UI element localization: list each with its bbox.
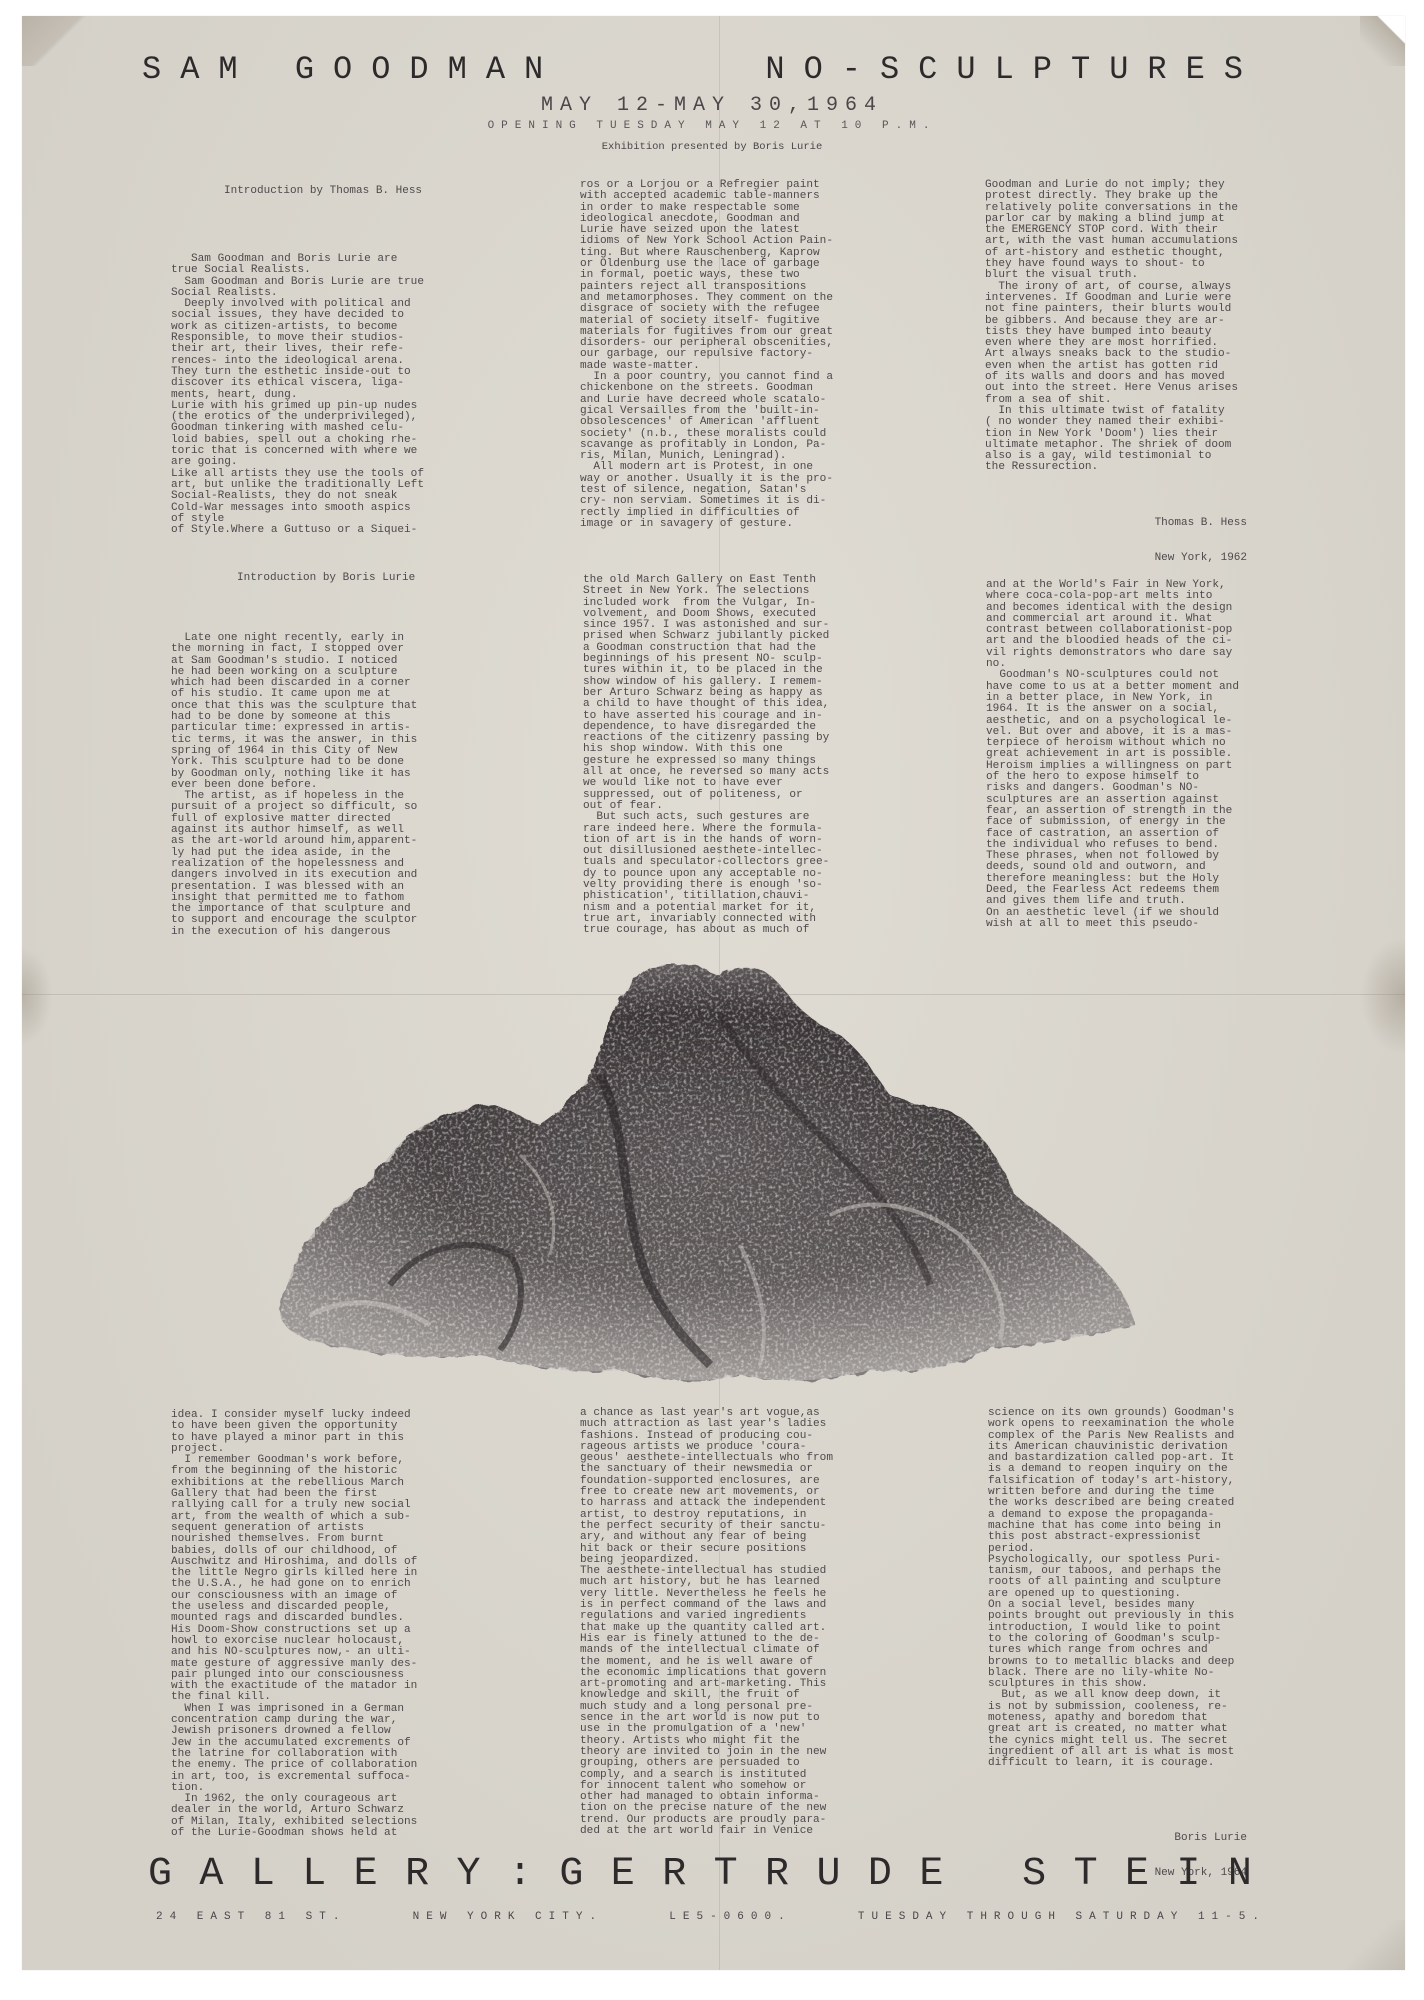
text-line: true Social Realists. — [171, 265, 424, 276]
display-letter: D — [860, 1855, 900, 1895]
display-letter: R — [654, 1855, 694, 1895]
exhibition-dates: MAY 12-MAY 30,1964 — [0, 94, 1424, 117]
text-line: much attraction as last year's ladies — [580, 1419, 833, 1430]
opening-info: OPENING TUESDAY MAY 12 AT 10 P.M. — [0, 120, 1424, 132]
text-line: out into the street. Here Venus arises — [985, 383, 1238, 394]
text-line: use in the promulgation of a 'new' — [580, 1724, 833, 1735]
display-letter: E — [346, 1855, 386, 1895]
hess-intro-column-1: Sam Goodman and Boris Lurie aretrue Soci… — [171, 254, 424, 536]
text-line: discover its ethical viscera, liga- — [171, 378, 424, 389]
lurie-intro-column-6: science on its own grounds) Goodman'swor… — [988, 1408, 1234, 1770]
lurie-signature-name: Boris Lurie — [1060, 1833, 1247, 1845]
text-line: ded at the art world fair in Venice — [580, 1826, 833, 1837]
hess-intro-column-2: ros or a Lorjou or a Refregier paintwith… — [580, 180, 833, 530]
text-line: York. This sculpture had to be done — [171, 757, 417, 768]
text-line: dealer in the world, Arturo Schwarz — [171, 1805, 417, 1816]
text-line: the morning in fact, I stopped over — [171, 644, 417, 655]
hess-intro-heading: Introduction by Thomas B. Hess — [224, 185, 422, 197]
text-line: their art, their lives, their refe- — [171, 344, 424, 355]
text-line: to harrass and attack the independent — [580, 1498, 833, 1509]
poster-title: SAM GOODMAN NO-SCULPTURES — [142, 54, 1262, 86]
text-line: ( no wonder they named their exhibi- — [985, 417, 1238, 428]
hess-intro-column-3: Goodman and Lurie do not imply; theyprot… — [985, 180, 1238, 474]
gallery-info: 24 EAST 81 ST. NEW YORK CITY. LE5-0600. … — [156, 1911, 1266, 1923]
display-letter: R — [757, 1855, 797, 1895]
hess-signature-name: Thomas B. Hess — [1060, 518, 1247, 530]
artist-name: SAM GOODMAN — [142, 54, 562, 86]
text-line: Jewish prisoners drowned a fellow — [171, 1726, 417, 1737]
text-line: Street in New York. The selections — [583, 586, 829, 597]
text-line: face of submission, of energy in the — [986, 817, 1239, 828]
worn-corner-bottom-right — [1345, 1920, 1405, 1970]
text-line: nourished themselves. From burnt — [171, 1534, 417, 1545]
display-letter: : — [500, 1855, 540, 1895]
text-line: and gives them life and truth. — [986, 896, 1239, 907]
text-line: ary, and without any fear of being — [580, 1532, 833, 1543]
text-line: chickenbone on the streets. Goodman — [580, 383, 833, 394]
display-letter: R — [397, 1855, 437, 1895]
lurie-intro-column-3: and at the World's Fair in New York,wher… — [986, 580, 1239, 930]
text-line: grouping, others are persuaded to — [580, 1758, 833, 1769]
text-line: dangers involved in its execution and — [171, 870, 417, 881]
text-line: vil rights demonstrators who dare say — [986, 648, 1239, 659]
display-letter: U — [808, 1855, 848, 1895]
text-line: true courage, has about as much of — [583, 925, 829, 936]
fold-stain-right — [1360, 936, 1405, 1056]
text-line: a child to have thought of this idea, — [583, 699, 829, 710]
display-letter: L — [243, 1855, 283, 1895]
text-line: great art is created, no matter what — [988, 1724, 1234, 1735]
display-letter: A — [191, 1855, 231, 1895]
worn-corner-top-left — [22, 16, 102, 66]
display-letter: Y — [449, 1855, 489, 1895]
fold-stain-left — [22, 946, 52, 1046]
text-line: of the Lurie-Goodman shows held at — [171, 1828, 417, 1839]
text-line: disgrace of society with the refugee — [580, 304, 833, 315]
text-line: tion on the precise nature of the new — [580, 1803, 833, 1814]
display-letter: S — [1014, 1855, 1054, 1895]
text-line: image or in savagery of gesture. — [580, 519, 833, 530]
gallery-address: 24 EAST 81 ST. — [156, 1911, 346, 1923]
lurie-intro-column-1: Late one night recently, early inthe mor… — [171, 633, 417, 938]
display-letter: N — [1220, 1855, 1260, 1895]
lurie-intro-column-5: a chance as last year's art vogue,asmuch… — [580, 1408, 833, 1837]
gallery-hours: TUESDAY THROUGH SATURDAY 11-5. — [858, 1911, 1266, 1923]
text-line: mands of the intellectual climate of — [580, 1645, 833, 1656]
text-line: tures within it, to be placed in the — [583, 665, 829, 676]
hess-signature-place: New York, 1962 — [1060, 553, 1247, 565]
lurie-intro-heading: Introduction by Boris Lurie — [237, 572, 415, 584]
display-letter — [963, 1855, 1003, 1895]
text-line: Goodman's NO-sculptures could not — [986, 670, 1239, 681]
display-letter: G — [551, 1855, 591, 1895]
text-line: work opens to reexamination the whole — [988, 1419, 1234, 1430]
text-line: and his NO-sculptures now,- an ulti- — [171, 1647, 417, 1658]
text-line: Social-Realists, they do not sneak — [171, 491, 424, 502]
text-line: as the art-world around him,apparent- — [171, 836, 417, 847]
text-line: particular time: expressed in artis- — [171, 723, 417, 734]
text-line: this post abstract-expressionist — [988, 1532, 1234, 1543]
text-line: in art, too, is excremental suffoca- — [171, 1772, 417, 1783]
text-line: regulations and varied ingredients — [580, 1611, 833, 1622]
text-line: to have been given the opportunity — [171, 1421, 417, 1432]
lurie-intro-column-4: idea. I consider myself lucky indeedto h… — [171, 1410, 417, 1839]
presented-by: Exhibition presented by Boris Lurie — [0, 141, 1424, 153]
text-line: in formal, poetic ways, these two — [580, 270, 833, 281]
text-line: cry- non serviam. Sometimes it is di- — [580, 496, 833, 507]
text-line: of Style.Where a Guttuso or a Siquei- — [171, 525, 424, 536]
gallery-name: GALLERY:GERTRUDE STEIN — [140, 1855, 1260, 1895]
display-letter: E — [603, 1855, 643, 1895]
display-letter: I — [1168, 1855, 1208, 1895]
worn-corner-top-right — [1360, 16, 1405, 66]
display-letter: L — [294, 1855, 334, 1895]
text-line: points brought out previously in this — [988, 1611, 1234, 1622]
display-letter: E — [911, 1855, 951, 1895]
display-letter: E — [1117, 1855, 1157, 1895]
display-letter: T — [1066, 1855, 1106, 1895]
text-line: wish at all to meet this pseudo- — [986, 919, 1239, 930]
display-letter: G — [140, 1855, 180, 1895]
text-line: where coca-cola-pop-art melts into — [986, 591, 1239, 602]
text-line: with accepted academic table-manners — [580, 191, 833, 202]
sculpture-photo-icon — [270, 955, 1140, 1395]
text-line: protest directly. They brake up the — [985, 191, 1238, 202]
gallery-city: NEW YORK CITY. — [413, 1911, 603, 1923]
lurie-intro-column-2: the old March Gallery on East TenthStree… — [583, 575, 829, 937]
text-line: mounted rags and discarded bundles. — [171, 1613, 417, 1624]
text-line: the works described are being created — [988, 1498, 1234, 1509]
gallery-phone: LE5-0600. — [669, 1911, 791, 1923]
text-line: risks and dangers. Goodman's NO- — [986, 783, 1239, 794]
hess-signature: Thomas B. Hess New York, 1962 — [1060, 495, 1247, 576]
text-line: rallying call for a truly new social — [171, 1500, 417, 1511]
text-line: blurt the visual truth. — [985, 270, 1238, 281]
text-line: tures which range from ochres and — [988, 1645, 1234, 1656]
text-line: obsolescences' of American 'affluent — [580, 417, 833, 428]
text-line: But such acts, such gestures are — [583, 812, 829, 823]
text-line: the enemy. The price of collaboration — [171, 1760, 417, 1771]
text-line: 1964. It is the answer on a social, — [986, 704, 1239, 715]
text-line: phistication', titillation,chauvi- — [583, 891, 829, 902]
text-line: not fine painters, their blurts would — [985, 304, 1238, 315]
text-line: we would like not to have ever — [583, 778, 829, 789]
display-letter: T — [706, 1855, 746, 1895]
text-line: difficult to learn, it is courage. — [988, 1758, 1234, 1769]
text-line: in the execution of his dangerous — [171, 927, 417, 938]
text-line: are going. — [171, 457, 424, 468]
text-line: the Ressurection. — [985, 462, 1238, 473]
show-title: NO-SCULPTURES — [765, 54, 1262, 86]
